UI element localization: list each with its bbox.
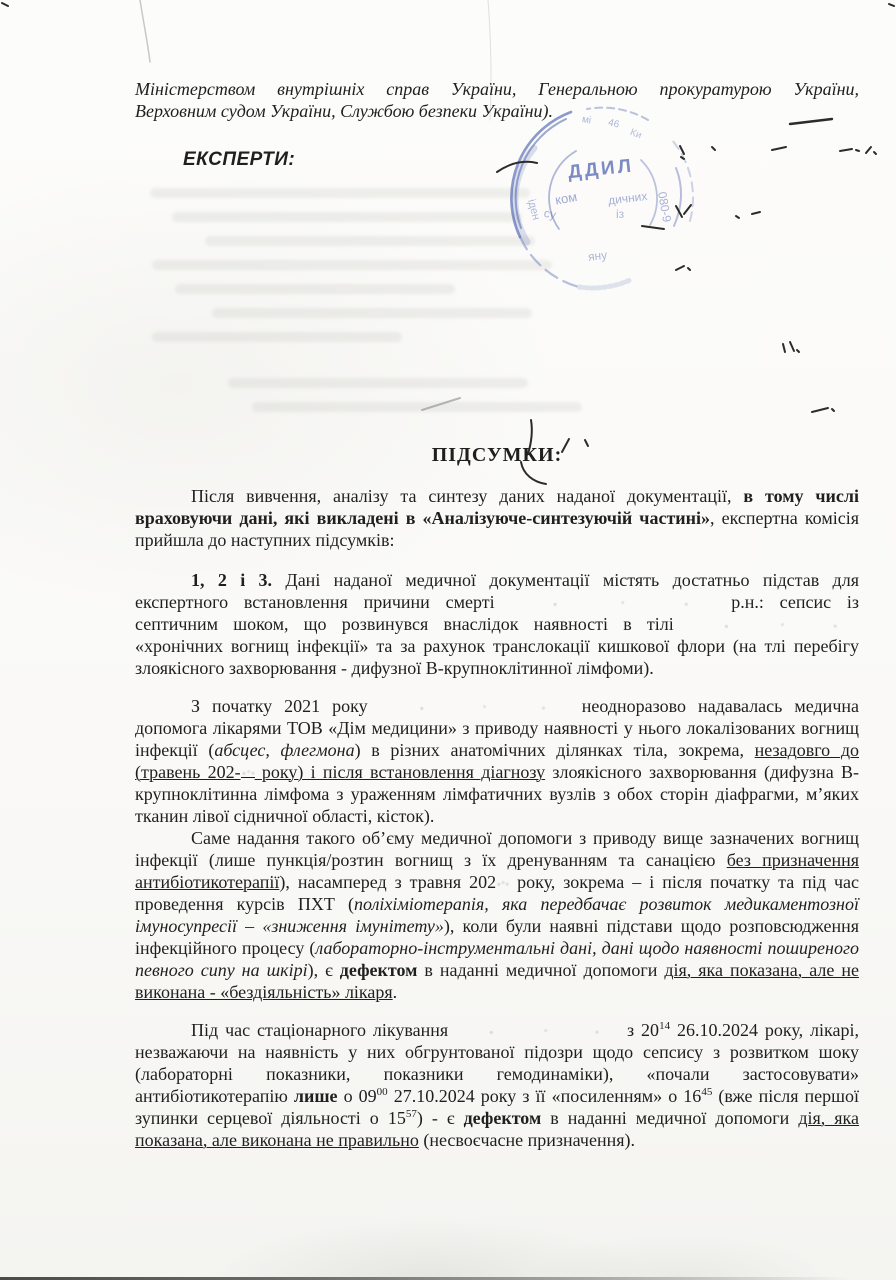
text-run: з 20	[620, 1020, 659, 1040]
text-run: Під час стаціонарного лікування	[191, 1020, 455, 1040]
text-run: 00	[377, 1086, 388, 1098]
text-run: 14	[659, 1020, 670, 1032]
text-run: ), є	[308, 960, 340, 980]
section-title: ПІДСУМКИ:	[135, 444, 859, 467]
text-run: Після вивчення, аналізу та синтезу даних…	[191, 486, 743, 506]
paragraph-intro: Після вивчення, аналізу та синтезу даних…	[135, 485, 859, 551]
text-run: 27.10.2024 року з її «посиленням» о 16	[388, 1086, 702, 1106]
text-run: ), насамперед з травня 202	[279, 872, 496, 892]
redaction-gap	[380, 700, 570, 712]
text-run: З початку 2021 року	[191, 696, 380, 716]
document-body: Міністерством внутрішніх справ України, …	[135, 78, 859, 1151]
paragraph-items-1-2-3: 1, 2 і 3. Дані наданої медичної документ…	[135, 569, 859, 679]
text-run: року) і після встановлення діагнозу	[255, 762, 546, 782]
text-run: 1, 2 і 3.	[191, 570, 272, 590]
text-run: «хронічних вогнищ інфекції» та за рахуно…	[135, 636, 859, 678]
text-run: абсцес, флегмона	[214, 740, 354, 760]
text-run: ) - є	[417, 1108, 464, 1128]
header-line-1: Міністерством внутрішніх справ України, …	[135, 78, 859, 100]
redaction-gap	[241, 765, 255, 778]
scanned-document-page: ДДИЛ ком дичних із су іден 080-9 яну мі …	[0, 0, 896, 1280]
text-run: 57	[406, 1108, 417, 1120]
text-run: .	[393, 982, 398, 1002]
paragraph-med-help-2021: З початку 2021 року неодноразово надавал…	[135, 695, 859, 827]
text-run: лише	[294, 1086, 338, 1106]
text-run: ) в різних анатомічних ділянках тіла, зо…	[355, 740, 755, 760]
text-run: 45	[701, 1086, 712, 1098]
text-run: дефектом	[464, 1108, 542, 1128]
text-run: о 09	[338, 1086, 377, 1106]
redaction-gap	[455, 1024, 620, 1036]
redaction-gap	[510, 596, 715, 608]
text-run: дефектом	[340, 960, 418, 980]
header-line-2: Верховним судом України, Службою безпеки…	[135, 100, 859, 122]
paragraph-defect-inaction: Саме надання такого об’єму медичної допо…	[135, 827, 859, 1003]
text-run: в наданні медичної допомоги	[417, 960, 664, 980]
text-run: в наданні медичної допомоги	[541, 1108, 798, 1128]
redaction-gap	[496, 876, 509, 888]
paragraph-defect-late-antibiotics: Під час стаціонарного лікування з 2014 2…	[135, 1019, 859, 1151]
text-run: (несвоєчасне призначення).	[419, 1130, 635, 1150]
redaction-gap	[689, 618, 859, 630]
experts-label: ЕКСПЕРТИ:	[183, 149, 859, 171]
